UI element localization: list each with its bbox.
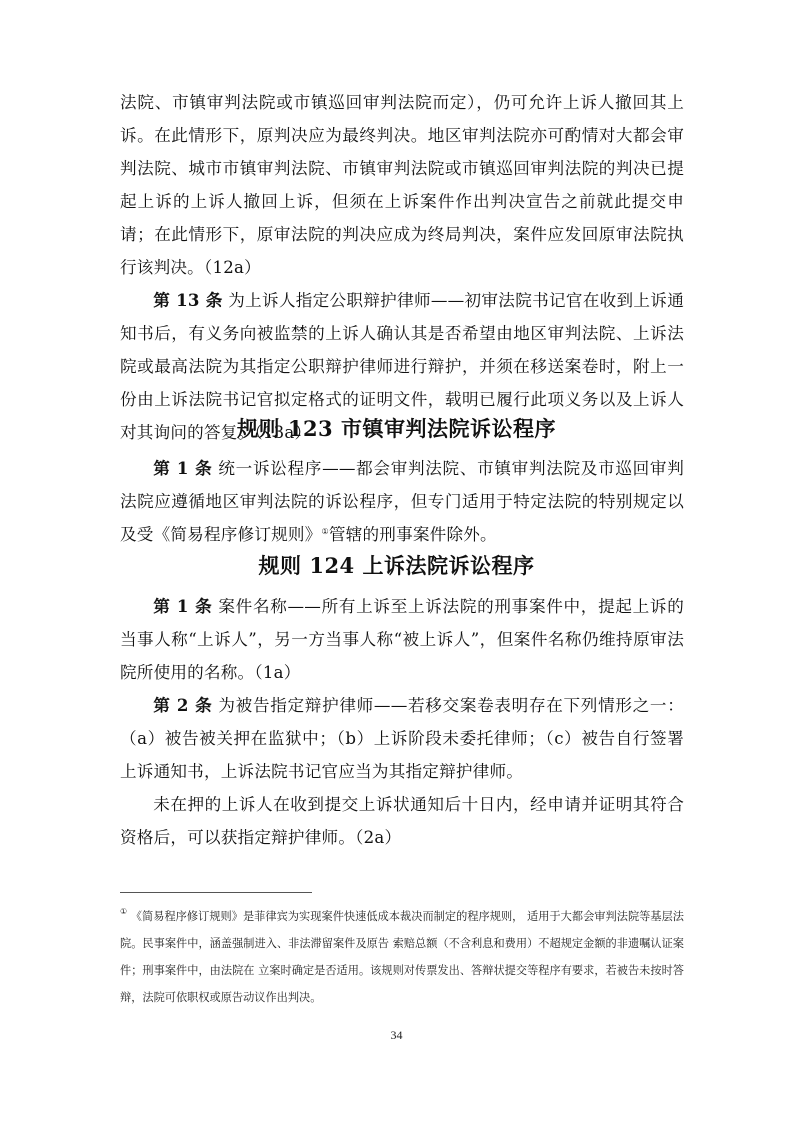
rule-124-article-2-label: 第 2 条 (153, 695, 212, 715)
rule-123-article-1-text-end: 管辖的刑事案件除外。 (329, 525, 497, 544)
footnote-text: 《简易程序修订规则》是菲律宾为实现案件快速低成本裁决而制定的程序规则， 适用于大… (120, 910, 684, 1004)
rule-123-article-1-label: 第 1 条 (153, 458, 212, 478)
document-page: 法院、市镇审判法院或市镇巡回审判法院而定），仍可允许上诉人撤回其上诉。在此情形下… (0, 0, 793, 1122)
continuation-paragraph: 法院、市镇审判法院或市镇巡回审判法院而定），仍可允许上诉人撤回其上诉。在此情形下… (120, 86, 684, 284)
rule-124-heading: 规则 124 上诉法院诉讼程序 (0, 552, 793, 580)
rule-123-body: 第 1 条 统一诉讼程序——都会审判法院、市镇审判法院及市巡回审判法院应遵循地区… (120, 452, 684, 551)
article-13-label: 第 13 条 (153, 290, 222, 310)
rule-124-body: 第 1 条 案件名称——所有上诉至上诉法院的刑事案件中，提起上诉的当事人称“上诉… (120, 590, 684, 854)
rule-124-article-1: 第 1 条 案件名称——所有上诉至上诉法院的刑事案件中，提起上诉的当事人称“上诉… (120, 590, 684, 689)
page-number: 34 (0, 1028, 793, 1043)
footnote-reference[interactable]: ① (322, 527, 329, 536)
body-block-top: 法院、市镇审判法院或市镇巡回审判法院而定），仍可允许上诉人撤回其上诉。在此情形下… (120, 86, 684, 449)
footnote-separator (120, 892, 312, 893)
rule-123-article-1: 第 1 条 统一诉讼程序——都会审判法院、市镇审判法院及市巡回审判法院应遵循地区… (120, 452, 684, 551)
rule-124-article-1-label: 第 1 条 (153, 596, 212, 616)
rule-124-article-2-paragraph-2: 未在押的上诉人在收到提交上诉状通知后十日内，经申请并证明其符合资格后，可以获指定… (120, 788, 684, 854)
footnote: ① 《简易程序修订规则》是菲律宾为实现案件快速低成本裁决而制定的程序规则， 适用… (120, 903, 684, 1011)
rule-123-heading: 规则 123 市镇审判法院诉讼程序 (0, 415, 793, 443)
rule-124-article-2: 第 2 条 为被告指定辩护律师——若移交案卷表明存在下列情形之一：（a）被告被关… (120, 689, 684, 788)
footnote-mark: ① (120, 907, 127, 916)
